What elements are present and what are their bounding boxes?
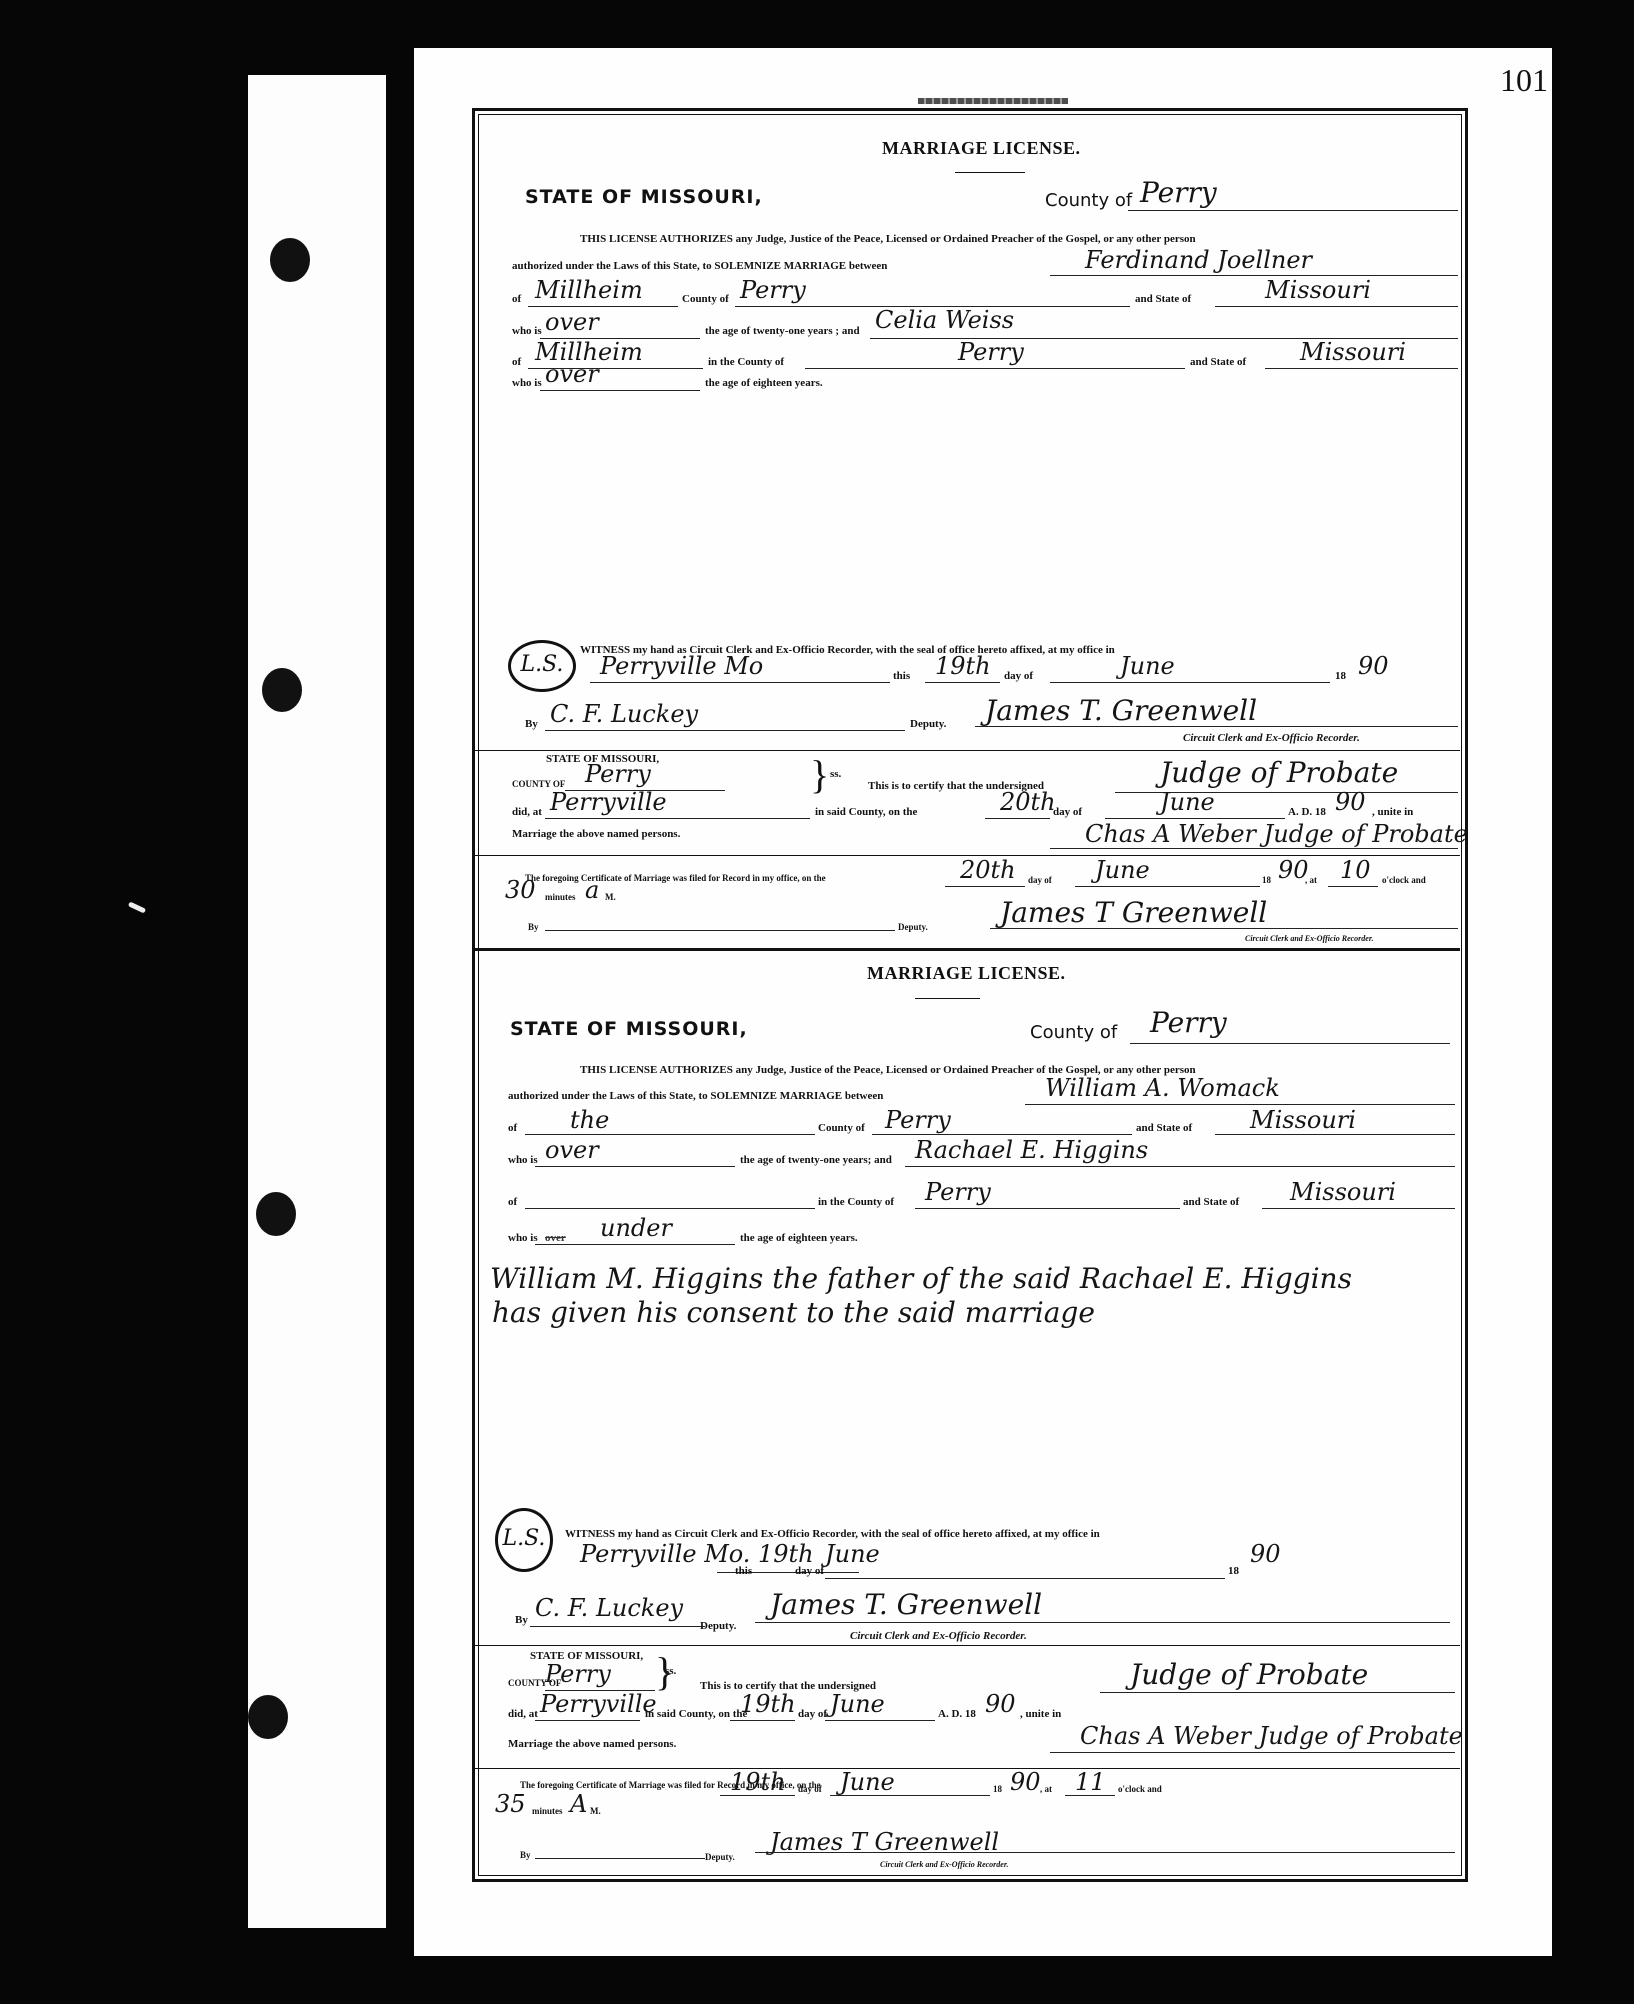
filed-hour: 11: [1075, 1768, 1106, 1796]
binder-hole-icon: [262, 668, 302, 712]
groom-age-status: over: [545, 308, 599, 336]
ad-label: A. D. 18: [938, 1708, 976, 1720]
oclock-label: o'clock and: [1382, 875, 1426, 885]
filed-text: The foregoing Certificate of Marriage wa…: [525, 873, 826, 883]
county-of-label: County of: [682, 293, 729, 305]
clerk-signature: James T. Greenwell: [985, 694, 1257, 727]
groom-state: Missouri: [1265, 276, 1371, 304]
who-is-label: who is: [512, 325, 542, 337]
in-county-label: in the County of: [818, 1196, 894, 1208]
bride-county: Perry: [958, 338, 1024, 366]
witness-place: Perryville Mo: [600, 652, 763, 680]
groom-name: Ferdinand Joellner: [1085, 246, 1312, 274]
bride-age-struck: over: [545, 1232, 566, 1244]
filed-year: 90: [1278, 856, 1309, 884]
officiant-signature: Chas A Weber Judge of Probate: [1085, 820, 1468, 848]
state-of-label: and State of: [1135, 293, 1191, 305]
county-value: Perry: [1140, 176, 1217, 209]
page-number: 101: [1500, 62, 1548, 99]
scan-speck: [128, 901, 146, 913]
filed-clerk-title: Circuit Clerk and Ex-Officio Recorder.: [1245, 934, 1374, 943]
groom-age-status: over: [545, 1136, 599, 1164]
filed-meridian: A: [570, 1790, 587, 1818]
age-21-text: the age of twenty-one years; and: [740, 1154, 892, 1166]
filed-day: 19th: [730, 1768, 786, 1796]
seal-ls: L.S.: [508, 640, 576, 692]
who-is-label: who is: [508, 1232, 538, 1244]
cert-county: Perry: [545, 1660, 611, 1688]
cert-year: 90: [1335, 788, 1366, 816]
state-of-label: and State of: [1183, 1196, 1239, 1208]
remark-line-2: has given his consent to the said marria…: [492, 1296, 1095, 1329]
county-label: County of: [1045, 190, 1132, 211]
minutes-label: minutes: [532, 1806, 563, 1816]
groom-residence: the: [570, 1106, 609, 1134]
groom-state: Missouri: [1250, 1106, 1356, 1134]
minutes-label: minutes: [545, 892, 576, 902]
of-label: of: [508, 1122, 517, 1134]
state-of-label: and State of: [1136, 1122, 1192, 1134]
bride-state: Missouri: [1290, 1178, 1396, 1206]
did-at-label: did, at: [512, 806, 542, 818]
marriage-text: Marriage the above named persons.: [512, 828, 680, 840]
witness-month: June: [1120, 652, 1175, 680]
state-label: STATE OF MISSOURI,: [525, 186, 763, 208]
officiant-signature: Chas A Weber Judge of Probate: [1080, 1722, 1463, 1750]
remark-line-1: William M. Higgins the father of the sai…: [490, 1262, 1352, 1295]
bride-name: Rachael E. Higgins: [915, 1136, 1148, 1164]
who-is-label: who is: [512, 377, 542, 389]
by-label: By: [515, 1614, 528, 1626]
day-of-label: day of: [1004, 670, 1033, 682]
oclock-label: o'clock and: [1118, 1784, 1162, 1794]
cert-year: 90: [985, 1690, 1016, 1718]
of-label: of: [508, 1196, 517, 1208]
cert-place: Perryville: [550, 788, 667, 816]
this-label: this: [735, 1565, 752, 1577]
in-county-label: in the County of: [708, 356, 784, 368]
cert-month: June: [1160, 788, 1215, 816]
deputy-label: Deputy.: [898, 922, 928, 932]
at-label: , at: [1305, 875, 1317, 885]
deputy-label: Deputy.: [705, 1852, 735, 1862]
unite-in-label: , unite in: [1020, 1708, 1061, 1720]
filed-month: June: [1095, 856, 1150, 884]
clerk-title: Circuit Clerk and Ex-Officio Recorder.: [1183, 732, 1360, 744]
witness-text: WITNESS my hand as Circuit Clerk and Ex-…: [565, 1528, 1100, 1540]
binder-hole-icon: [256, 1192, 296, 1236]
witness-place: Perryville Mo.: [580, 1540, 750, 1568]
who-is-label: who is: [508, 1154, 538, 1166]
witness-year: 90: [1250, 1540, 1281, 1568]
officiant-title: Judge of Probate: [1160, 756, 1398, 789]
day-of-label: day of: [798, 1784, 822, 1794]
day-of-label: day of: [795, 1565, 824, 1577]
deputy-label: Deputy.: [700, 1620, 736, 1632]
by-label: By: [525, 718, 538, 730]
filed-minutes: 35: [495, 1790, 526, 1818]
day-of-label: day of: [1053, 806, 1082, 818]
of-label: of: [512, 293, 521, 305]
deputy-label: Deputy.: [910, 718, 946, 730]
bride-state: Missouri: [1300, 338, 1406, 366]
filed-year: 90: [1010, 1768, 1041, 1796]
state-label: STATE OF MISSOURI,: [510, 1018, 748, 1040]
witness-day: 19th: [935, 652, 991, 680]
clerk-signature: James T. Greenwell: [770, 1588, 1042, 1621]
binder-strip: [248, 75, 386, 1928]
bride-age-status: under: [600, 1214, 672, 1242]
m-label: M.: [605, 892, 616, 902]
state-of-label: and State of: [1190, 356, 1246, 368]
witness-day: 19th: [758, 1540, 814, 1568]
license-heading: MARRIAGE LICENSE.: [867, 963, 1066, 984]
cert-day: 20th: [1000, 788, 1056, 816]
clerk-title: Circuit Clerk and Ex-Officio Recorder.: [850, 1630, 1027, 1642]
cert-county: Perry: [585, 760, 651, 788]
cert-day: 19th: [740, 1690, 796, 1718]
county-label: County of: [1030, 1022, 1117, 1043]
binder-hole-icon: [270, 238, 310, 282]
filed-signature: James T Greenwell: [1000, 896, 1267, 929]
deputy-signature: C. F. Luckey: [535, 1594, 683, 1622]
officiant-title: Judge of Probate: [1130, 1658, 1368, 1691]
groom-county: Perry: [740, 276, 806, 304]
printer-imprint: [918, 98, 1068, 104]
authorized-line: authorized under the Laws of this State,…: [508, 1090, 883, 1102]
ad-label: A. D. 18: [1288, 806, 1326, 818]
binder-hole-icon: [248, 1695, 288, 1739]
witness-month: June: [825, 1540, 880, 1568]
filed-minutes: 30: [505, 876, 536, 904]
age-18-text: the age of eighteen years.: [740, 1232, 858, 1244]
seal-ls: L.S.: [495, 1508, 553, 1572]
groom-county: Perry: [885, 1106, 951, 1134]
in-said-county-label: in said County, on the: [815, 806, 917, 818]
groom-residence: Millheim: [535, 276, 643, 304]
bride-name: Celia Weiss: [875, 306, 1014, 334]
marriage-text: Marriage the above named persons.: [508, 1738, 676, 1750]
groom-name: William A. Womack: [1045, 1074, 1280, 1102]
this-label: this: [893, 670, 910, 682]
m-label: M.: [590, 1806, 601, 1816]
day-of-label: day of: [798, 1708, 827, 1720]
year-prefix: 18: [993, 1784, 1002, 1794]
did-at-label: did, at: [508, 1708, 538, 1720]
authorized-line: authorized under the Laws of this State,…: [512, 260, 887, 272]
ss-label: ss.: [665, 1665, 676, 1677]
age-21-text: the age of twenty-one years ; and: [705, 325, 860, 337]
in-said-county-label: in said County, on the: [645, 1708, 747, 1720]
by-label: By: [528, 922, 539, 932]
cert-place: Perryville: [540, 1690, 657, 1718]
of-label: of: [512, 356, 521, 368]
bride-county: Perry: [925, 1178, 991, 1206]
authorizes-text: THIS LICENSE AUTHORIZES any Judge, Justi…: [580, 233, 1196, 245]
filed-clerk-title: Circuit Clerk and Ex-Officio Recorder.: [880, 1860, 1009, 1869]
year-prefix: 18: [1335, 670, 1346, 682]
by-label: By: [520, 1850, 531, 1860]
day-of-label: day of: [1028, 875, 1052, 885]
year-prefix: 18: [1228, 1565, 1239, 1577]
filed-day: 20th: [960, 856, 1016, 884]
age-18-text: the age of eighteen years.: [705, 377, 823, 389]
unite-in-label: , unite in: [1372, 806, 1413, 818]
county-value: Perry: [1150, 1006, 1227, 1039]
bride-age-status: over: [545, 360, 599, 388]
filed-hour: 10: [1340, 856, 1371, 884]
ss-label: ss.: [830, 768, 841, 780]
at-label: , at: [1040, 1784, 1052, 1794]
filed-meridian: a: [585, 876, 599, 904]
license-heading: MARRIAGE LICENSE.: [882, 138, 1081, 159]
year-prefix: 18: [1262, 875, 1271, 885]
witness-year: 90: [1358, 652, 1389, 680]
cert-month: June: [830, 1690, 885, 1718]
deputy-signature: C. F. Luckey: [550, 700, 698, 728]
filed-month: June: [840, 1768, 895, 1796]
county-of-label: County of: [818, 1122, 865, 1134]
